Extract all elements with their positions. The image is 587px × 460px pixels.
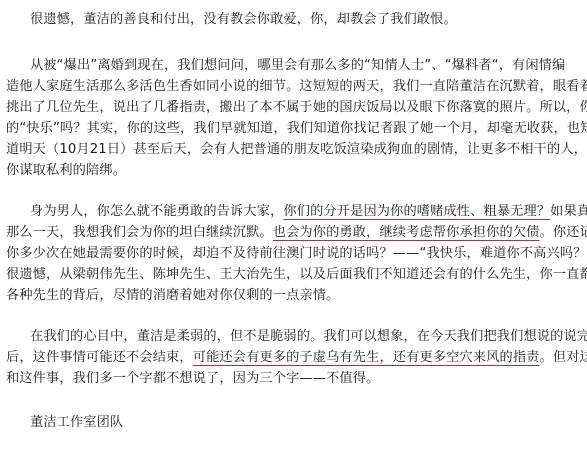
plain-text: 。你还记得: [540, 225, 587, 240]
underlined-text: 也会为你的勇敢，继续考虑帮你承担你的欠债: [273, 225, 540, 240]
paragraph-3-line-2: 那么一天，我想我们会为你的坦白继续沉默。也会为你的勇敢，继续考虑帮你承担你的欠债…: [6, 223, 587, 242]
underlined-text: 可能还会有更多的子虚乌有先生，还有更多空穴来风的指责: [193, 350, 540, 365]
paragraph-4-line-3: 和这件事，我们多一个字都不想说了，因为三个字——不值得。: [6, 369, 379, 388]
paragraph-1-line-1: 很遗憾，董洁的善良和付出，没有教会你敢爱，你，却教会了我们敢恨。: [30, 10, 457, 29]
paragraph-4-line-2: 后，这件事情可能还不会结束，可能还会有更多的子虚乌有先生，还有更多空穴来风的指责…: [6, 348, 587, 367]
paragraph-2-line-6: 你谋取私利的陪绑。: [6, 161, 126, 180]
plain-text: 后，这件事情可能还不会结束，: [6, 350, 193, 365]
paragraph-2-line-5: 道明天（10月21日）甚至后天，会有人把普通的朋友吃饭渲染成狗血的剧情，让更多不…: [6, 140, 587, 159]
plain-text: 。但对这个人: [540, 350, 587, 365]
paragraph-3-line-5: 各种先生的背后，尽情的消磨着她对你仅剩的一点亲情。: [6, 286, 339, 305]
paragraph-2-line-3: 挑出了几位先生，说出了几番指责，搬出了本不属于她的国庆饭局以及眼下你落寞的照片。…: [6, 98, 587, 117]
plain-text: 身为男人，你怎么就不能勇敢的告诉大家，: [30, 204, 283, 219]
signature: 董洁工作室团队: [30, 413, 123, 432]
paragraph-3-line-3: 你多少次在她最需要你的时候，却迫不及待前往澳门时说的话吗？——“我快乐，难道你不…: [6, 244, 587, 263]
paragraph-2-line-4: 的“快乐”吗？其实，你的这些，我们早就知道，我们知道你找记者跟了她一个月，却毫无…: [6, 119, 587, 138]
paragraph-2-line-1: 从被“爆出”离婚到现在，我们想问问，哪里会有那么多的“知情人士”、“爆料者“，有…: [30, 56, 565, 75]
plain-text: 如果真的有: [550, 204, 587, 219]
statement-document: 很遗憾，董洁的善良和付出，没有教会你敢爱，你，却教会了我们敢恨。 从被“爆出”离…: [0, 0, 587, 460]
underlined-text: 你们的分开是因为你的嗜赌成性、粗暴无理？: [283, 204, 550, 219]
plain-text: 那么一天，我想我们会为你的坦白继续沉默。: [6, 225, 273, 240]
paragraph-4-line-1: 在我们的心目中，董洁是柔弱的，但不是脆弱的。我们可以想象，在今天我们把我们想说的…: [30, 327, 587, 346]
paragraph-3-line-4: 很遗憾，从梁朝伟先生、陈坤先生、王大治先生，以及后面我们不知道还会有的什么先生，…: [6, 265, 587, 284]
paragraph-3-line-1: 身为男人，你怎么就不能勇敢的告诉大家，你们的分开是因为你的嗜赌成性、粗暴无理？如…: [30, 202, 587, 221]
paragraph-2-line-2: 造他人家庭生活那么多活色生香如同小说的细节。这短短的两天，我们一直陪董洁在沉默着…: [6, 77, 587, 96]
